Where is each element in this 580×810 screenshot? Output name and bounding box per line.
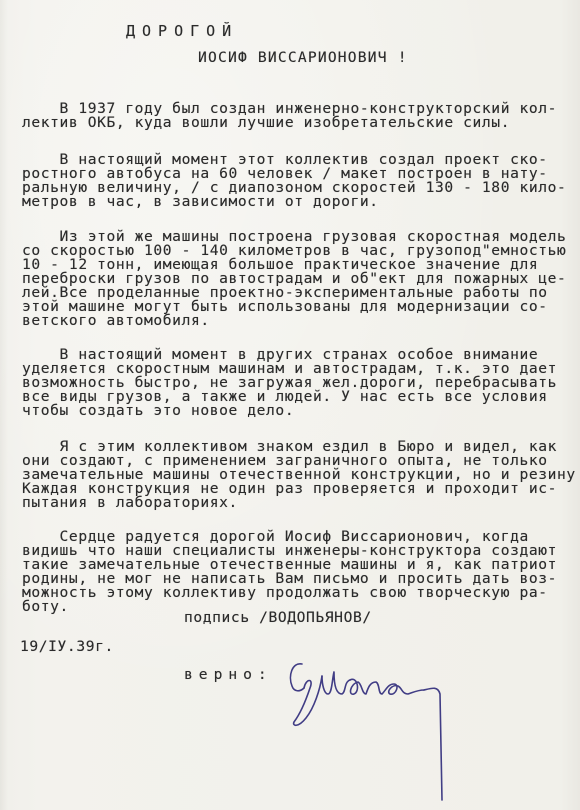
- paragraph-4-line-5: чтобы создать это новое дело.: [22, 404, 294, 418]
- signature-line: подпись /ВОДОПЬЯНОВ/: [184, 611, 372, 625]
- handwritten-signature: [284, 650, 484, 810]
- date: 19/IУ.39г.: [20, 640, 114, 654]
- paragraph-5-line-5: пытания в лабораториях.: [22, 496, 238, 510]
- paragraph-2-line-4: метров в час, в зависимости от дороги.: [22, 195, 379, 209]
- certified-label: верно:: [184, 668, 273, 682]
- typewritten-letter-page: ДОРОГОЙ ИОСИФ ВИССАРИОНОВИЧ ! В 1937 год…: [0, 0, 580, 810]
- paragraph-6-line-5: можность этому коллективу продолжать сво…: [22, 586, 548, 600]
- paragraph-1-line-2: лектив ОКБ, куда вошли лучшие изобретате…: [22, 116, 510, 130]
- paragraph-6-line-6: боту.: [22, 600, 69, 614]
- addressee: ИОСИФ ВИССАРИОНОВИЧ !: [198, 51, 408, 65]
- salutation: ДОРОГОЙ: [126, 24, 238, 38]
- paragraph-3-line-7: ветского автомобиля.: [22, 314, 210, 328]
